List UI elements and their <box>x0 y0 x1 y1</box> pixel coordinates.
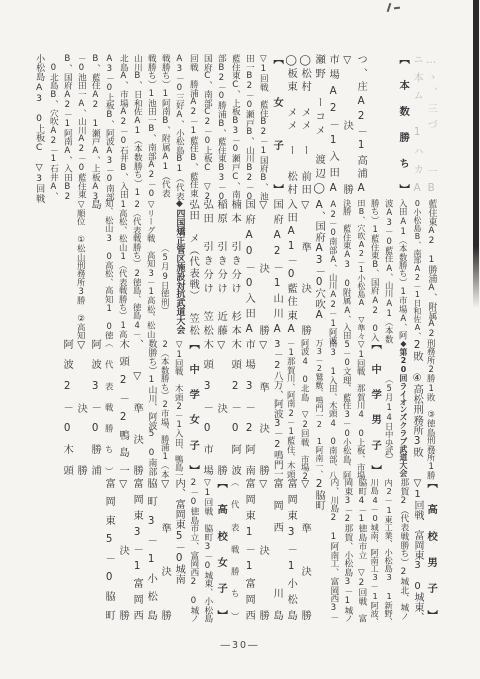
text-column: ▽準決勝 <box>158 478 172 620</box>
text-column: 2脇町 <box>312 478 326 620</box>
text-column: 市場A2－1入田A <box>326 54 340 194</box>
text-column: 富岡西 川島 <box>270 478 284 620</box>
text-column: （代表戦勝ち） <box>102 339 116 475</box>
text-column: 木頭2－2鴨島一 <box>116 339 130 475</box>
text-column: ▽準決勝 <box>256 339 270 475</box>
text-column: A3－0三好A、小松島B1（代表 <box>172 54 186 194</box>
text-column: 3－2八万、阿波3－2鳴門一 <box>270 339 284 475</box>
text-column: 1高松、松山1（代表戦勝ち）1高 <box>116 199 130 335</box>
results-tier-1: …ゝ、三づ 一Bニ本ム 1ハカA【本数勝ち】 つ、庄A2－1高浦A▽決勝市場A2… <box>28 54 438 194</box>
text-column: 島 <box>88 199 102 335</box>
text-column: ▽決勝 <box>116 478 130 620</box>
text-column: 弘田 メ（代表戦） 笠松 <box>186 199 200 335</box>
text-column: 【高校男子】 <box>424 478 438 620</box>
scan-mark-artifact <box>386 2 400 17</box>
text-column: （5月9日徳刑） <box>158 199 172 335</box>
text-column: 富岡東3－1小松島 <box>284 478 298 620</box>
text-column: 勝ち）1藍住東B、国府A2 0入 <box>368 199 382 335</box>
text-column: （代表戦勝ち） <box>228 478 242 620</box>
text-column <box>368 54 382 194</box>
text-column: 田一B2－0瀬戸B、山川B2－0 <box>242 54 256 194</box>
text-column: 【中学男子】 <box>368 339 382 475</box>
text-column: －1那賀川、阿南2－1藍住、木頭 <box>284 339 298 475</box>
results-tier-4: 【高校男子】▽1回戦 富岡東3 0城東、那賀2（代表戦勝ち）2城北、城ノ内2－1… <box>28 478 438 620</box>
text-column: 市場3－2阿南 <box>242 339 256 475</box>
text-column: ▽1回戦 脇町3－0城東、小松島 <box>200 478 214 620</box>
text-column: 稲原 引き分け 近藤 <box>214 199 228 335</box>
text-column: A、国府A3－0穴吹A <box>312 199 326 335</box>
text-column: 知、松山3 0高松、高知1 0徳 <box>102 199 116 335</box>
text-column: ▽決勝 <box>214 339 228 475</box>
text-column: 国府A0－0入田A <box>242 199 256 335</box>
text-column: つ、庄A2－1高浦A <box>354 54 368 194</box>
text-column: ▽決勝 <box>74 339 88 475</box>
text-column: 2敗 ④高松刑務所3敗 <box>410 339 424 475</box>
text-column: －0池田一A、山川A2－0藍住東 <box>74 54 88 194</box>
page-number: ―30― <box>0 640 480 651</box>
text-column: ▽決勝 <box>256 199 270 335</box>
text-column: ▽決勝 <box>340 54 354 194</box>
text-column: ◆四国矯正管区施設対抗武道大会 <box>172 199 186 335</box>
text-column: ◯板東 メメ ー 松村 <box>284 54 298 194</box>
text-column: 阿波3－0勝浦 <box>88 339 102 475</box>
text-column: 富岡東1－1富岡西 <box>242 478 256 620</box>
text-column: ▽順位 ①松山刑務所3勝 ②高知 <box>74 199 88 335</box>
text-column: 小松島A3 0上板C ▽3回戦 <box>32 54 46 194</box>
text-column: 内2－1東工業、小松島3 1新野、 <box>382 478 396 620</box>
text-column: 数勝ち）1山川、阿波5 0南部 <box>144 339 158 475</box>
text-column: ▽1回戦 藍住B2－1国府B、池 <box>256 54 270 194</box>
text-column: 木頭3－0市場 <box>200 339 214 475</box>
text-column: ニ本ム 1ハカA <box>410 54 424 194</box>
text-column: 戦勝ち）1池田一B、南部A2－0 <box>144 54 158 194</box>
text-column: 富岡東5－0脇町 <box>102 478 116 620</box>
results-tier-3: 刑務所2勝1敗 ③徳島刑務所1勝2敗 ④高松刑務所3敗◆第20回ライオンズクラブ… <box>28 339 438 475</box>
text-column: 北島A、市場A2－0石井B、入田 <box>116 54 130 194</box>
text-column: 藍住東C、上板B3－0瀬戸C、南 <box>228 54 242 194</box>
text-column: ◯松村 メメ ー 前田 <box>298 54 312 194</box>
text-column: 5－0文理、藍住3－0小松島、阿 <box>340 339 354 475</box>
text-column: 0北島B、穴吹A2－1石井A、 <box>46 54 60 194</box>
text-column: B、藍住A2 1瀬戸A、上板A3 <box>88 54 102 194</box>
text-column: ▽準決勝 <box>298 199 312 335</box>
text-column: 2－0徳島市立、富岡西2 0城ノ <box>186 478 200 620</box>
text-column: 回戦 勝浦A2－1藍住B、藍住東 <box>186 54 200 194</box>
text-column: 戦勝ち）1阿南B、附属A1（代表 <box>158 54 172 194</box>
text-column: 2（本数勝ち）2市場、勝浦1（本 <box>158 339 172 475</box>
text-column: 山川B、日和佐A1（本数勝ち）1 <box>130 54 144 194</box>
text-column: 富岡東3－1富岡西 <box>130 478 144 620</box>
text-column: 国府C、南部C2－0上板C ▽2 <box>200 54 214 194</box>
text-column: 那賀2（代表戦勝ち）2城北、城ノ <box>396 478 410 620</box>
text-column: 内、川島2 1阿南工、富岡西3－ <box>326 478 340 620</box>
text-column: ▽1回戦 那賀川4 0上板、市場 <box>354 339 368 475</box>
text-column: …ゝ、三づ 一B <box>424 54 438 194</box>
text-column: 国府A2－1山川A <box>270 199 284 335</box>
text-column: A3－0上板B、阿波A3－0南部 <box>102 54 116 194</box>
text-column: 万3－2鷲敷、鳴門一2 1阿南一、 <box>312 339 326 475</box>
text-column <box>382 54 396 194</box>
results-tier-2: 藍住東A2 1勝浦A、附属A20小松島B、南部A2－1日和佐A、入田A1（本数勝… <box>28 199 438 335</box>
text-column: 刑務所2勝1敗 ③徳島刑務所1勝 <box>424 339 438 475</box>
text-column: 入田A1（本数勝ち）1市場A、阿 <box>396 199 410 335</box>
text-column: 川島4－0城南、阿南工3－1阿波、 <box>368 478 382 620</box>
text-column: 瀬野 ーコメ 渡辺◯ <box>312 54 326 194</box>
text-column: 【高校女子】 <box>214 478 228 620</box>
text-column: B、国府A2－1阿南A、入田B2 <box>60 54 74 194</box>
text-column: 0小松島B、南部A2－1日和佐A、 <box>410 199 424 335</box>
text-column: 波A3－0藍住A、山川A1（本数 <box>382 199 396 335</box>
text-column: 阿波2－0木頭 <box>60 339 74 475</box>
text-column: 【本数勝ち】 <box>396 54 410 194</box>
text-column: 【中学女子】 <box>186 339 200 475</box>
text-column: 2（代表戦勝ち）2徳島、徳島4－ <box>130 199 144 335</box>
text-column: （5月14日中央武） <box>382 339 396 475</box>
text-column: 部B2－0勝浦B、藍住東B3－0 <box>214 54 228 194</box>
text-column: 入田A1－0藍住東A <box>284 199 298 335</box>
text-column: 阿波4 0北島 ▽2回戦 市場2 <box>298 339 312 475</box>
text-column: 岡東3－2那賀、小松島3－1城ノ <box>340 478 354 620</box>
text-column: ▽1回戦 木頭2－1入田、鴨島一 <box>172 339 186 475</box>
text-column: 決勝 藍住東A3 0附属A、入田 <box>340 199 354 335</box>
text-column: ▽決勝 <box>256 478 270 620</box>
text-column: 脇町3－1小松島 <box>144 478 158 620</box>
scanned-results-page: …ゝ、三づ 一Bニ本ム 1ハカA【本数勝ち】 つ、庄A2－1高浦A▽決勝市場A2… <box>0 0 480 679</box>
text-column: ◆第20回ライオンズクラブ武道大会 <box>396 339 410 475</box>
scan-edge-artifact <box>473 0 479 308</box>
text-column: 【女子】 <box>270 54 284 194</box>
text-column: ▽リーグ戦 高知3－1高松、松山 <box>144 199 158 335</box>
text-column: A2－0南部A、山川A2－1阿波 <box>326 199 340 335</box>
text-column: ▽準決勝 <box>298 478 312 620</box>
text-column: ▽1回戦 富岡東3 0城東、 <box>410 478 424 620</box>
text-column: 田B、穴吹A2－1小松島A ▽準々 <box>354 199 368 335</box>
text-column: 脇町4－1徳島市立 ▽2回戦 富 <box>354 478 368 620</box>
text-column: 南3 1入田、木頭4 0南部、八 <box>326 339 340 475</box>
text-column: 藍住東A2 1勝浦A、附属A2 <box>424 199 438 335</box>
text-column: 、▽準決勝 <box>130 339 144 475</box>
text-column: 楠本 引き分け 杉本 <box>228 199 242 335</box>
text-column: 内、富岡東5－0城南 <box>172 478 186 620</box>
text-column: 木頭2－0阿波 <box>228 339 242 475</box>
text-column: 弘田 引き分け 笠松 <box>200 199 214 335</box>
